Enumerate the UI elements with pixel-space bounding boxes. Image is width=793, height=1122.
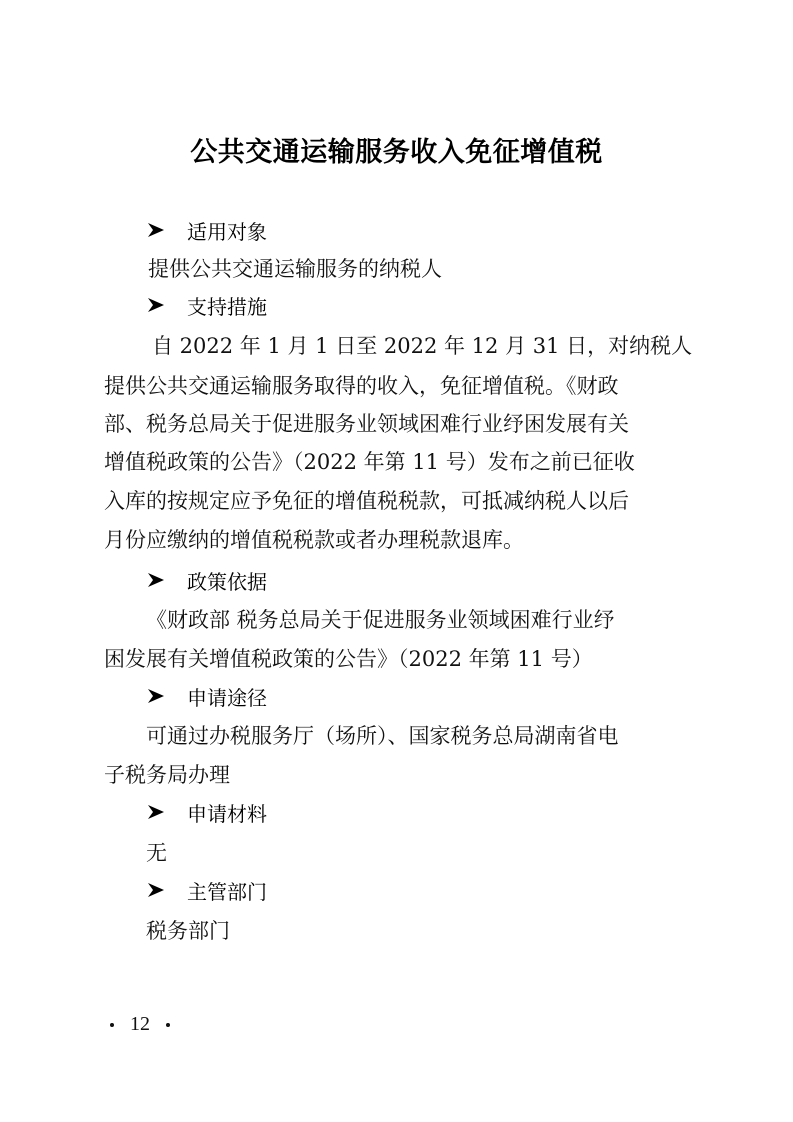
section-body-line: 《财政部 税务总局关于促进服务业领域困难行业纾 bbox=[146, 604, 615, 634]
section-body-line: 提供公共交通运输服务的纳税人 bbox=[148, 253, 442, 283]
page-number-value: 12 bbox=[130, 1013, 150, 1036]
section-heading-application-channel: 申请途径 bbox=[147, 681, 267, 711]
bullet-dot-icon bbox=[166, 1023, 170, 1027]
section-heading-support-measures: 支持措施 bbox=[147, 290, 267, 320]
section-heading-label: 支持措施 bbox=[187, 291, 267, 320]
arrowhead-bullet-icon bbox=[147, 572, 165, 588]
section-heading-label: 政策依据 bbox=[187, 566, 267, 595]
document-page: 公共交通运输服务收入免征增值税 适用对象 提供公共交通运输服务的纳税人 支持措施… bbox=[0, 0, 793, 1122]
page-title: 公共交通运输服务收入免征增值税 bbox=[0, 130, 793, 169]
arrowhead-bullet-icon bbox=[147, 222, 165, 238]
section-body-line: 增值税政策的公告》（2022 年第 11 号）发布之前已征收 bbox=[104, 446, 635, 476]
arrowhead-bullet-icon bbox=[147, 882, 165, 898]
section-body-line: 税务部门 bbox=[146, 915, 230, 945]
section-body-line: 部、税务总局关于促进服务业领域困难行业纾困发展有关 bbox=[104, 408, 629, 438]
section-body-line: 入库的按规定应予免征的增值税税款，可抵减纳税人以后 bbox=[104, 485, 629, 515]
page-number: 12 bbox=[110, 1013, 170, 1036]
bullet-dot-icon bbox=[110, 1023, 114, 1027]
section-heading-applicable-objects: 适用对象 bbox=[147, 215, 267, 245]
arrowhead-bullet-icon bbox=[147, 688, 165, 704]
arrowhead-bullet-icon bbox=[147, 804, 165, 820]
section-body-line: 子税务局办理 bbox=[104, 759, 230, 789]
section-body-line: 无 bbox=[146, 837, 167, 867]
section-heading-label: 申请途径 bbox=[187, 682, 267, 711]
section-heading-label: 适用对象 bbox=[187, 216, 267, 245]
section-body-line: 困发展有关增值税政策的公告》（2022 年第 11 号） bbox=[104, 643, 593, 673]
section-heading-competent-department: 主管部门 bbox=[147, 875, 267, 905]
section-body-line: 自 2022 年 1 月 1 日至 2022 年 12 月 31 日，对纳税人 bbox=[152, 330, 692, 360]
section-heading-application-materials: 申请材料 bbox=[147, 797, 267, 827]
section-body-line: 可通过办税服务厅（场所）、国家税务总局湖南省电 bbox=[146, 720, 619, 750]
section-body-line: 月份应缴纳的增值税税款或者办理税款退库。 bbox=[104, 524, 524, 554]
section-heading-label: 主管部门 bbox=[187, 876, 267, 905]
section-heading-policy-basis: 政策依据 bbox=[147, 565, 267, 595]
arrowhead-bullet-icon bbox=[147, 297, 165, 313]
section-heading-label: 申请材料 bbox=[187, 798, 267, 827]
section-body-line: 提供公共交通运输服务取得的收入，免征增值税。《财政 bbox=[104, 370, 619, 400]
